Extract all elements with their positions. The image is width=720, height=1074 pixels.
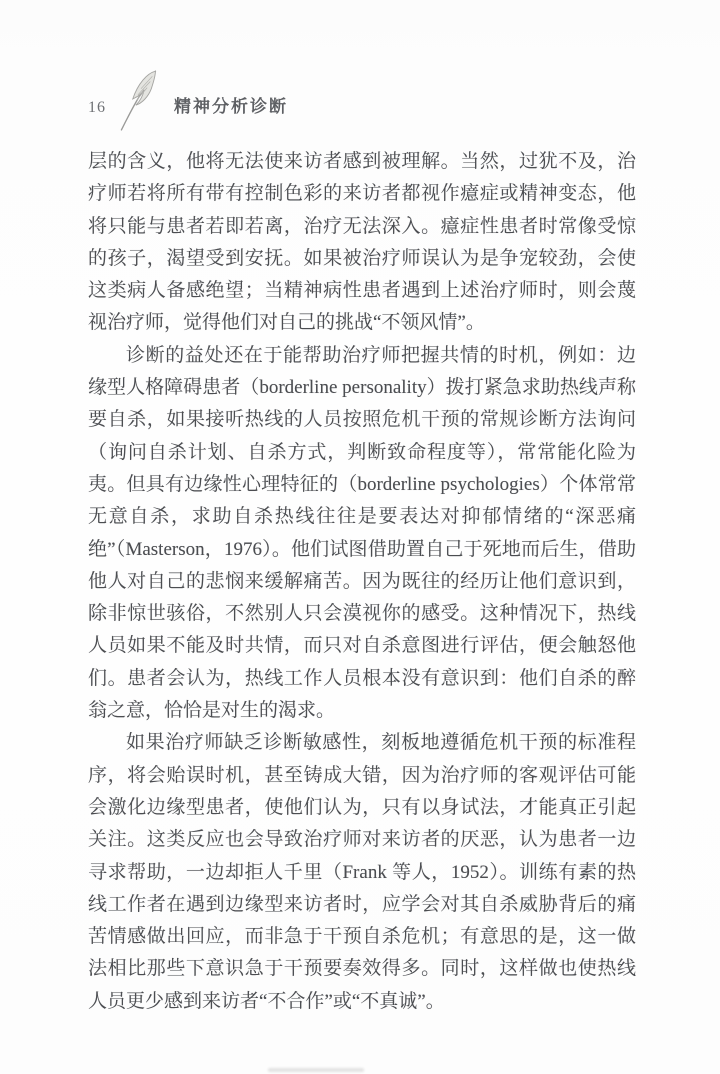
body-paragraph-3: 如果治疗师缺乏诊断敏感性，刻板地遵循危机干预的标准程序，将会贻误时机，甚至铸成大…	[88, 727, 636, 1018]
body-paragraph-1: 层的含义，他将无法使来访者感到被理解。当然，过犹不及，治疗师若将所有带有控制色彩…	[88, 146, 636, 340]
page-header-title: 精神分析诊断	[174, 92, 288, 117]
body-text: 层的含义，他将无法使来访者感到被理解。当然，过犹不及，治疗师若将所有带有控制色彩…	[88, 146, 636, 1018]
body-paragraph-2: 诊断的益处还在于能帮助治疗师把握共情的时机，例如：边缘型人格障碍患者（borde…	[88, 340, 636, 728]
page-header: 16 精神分析诊断	[88, 58, 288, 122]
quill-feather-icon	[114, 66, 168, 132]
book-page: 16 精神分析诊断 层的含义，他将无法使来访者感到被理解。当然，过犹不及，治疗师…	[0, 0, 720, 1074]
scan-artifact-mark	[268, 1068, 364, 1072]
page-number: 16	[88, 99, 106, 117]
